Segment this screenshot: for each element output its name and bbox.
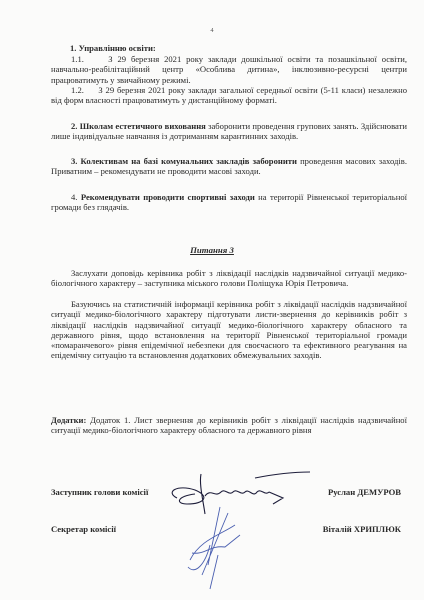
item-1-1: 1.1. З 29 березня 2021 року заклади дошк…: [51, 54, 407, 85]
item-1-2-text: З 29 березня 2021 року заклади загальної…: [51, 85, 407, 105]
item-1-1-text: З 29 березня 2021 року заклади дошкільно…: [51, 54, 407, 85]
handwritten-signature-blue-icon: [180, 505, 250, 590]
question-3-paragraph-2: Базуючись на статистичній інформації кер…: [51, 299, 407, 361]
section-1-heading: 1. Управлінню освіти:: [70, 43, 424, 53]
section-3: 3. Колективам на базі комунальних заклад…: [51, 156, 407, 177]
section-4-bold: Рекомендувати проводити спортивні заходи: [81, 192, 255, 202]
section-2-bold: 2. Школам естетичного виховання: [71, 121, 206, 131]
page-number: 4: [0, 27, 424, 34]
item-1-2: 1.2. З 29 березня 2021 року заклади зага…: [51, 85, 407, 106]
question-3-title: Питання 3: [0, 245, 424, 255]
attachments-label: Додатки:: [51, 415, 86, 425]
section-2: 2. Школам естетичного виховання заборони…: [51, 121, 407, 142]
signature-name: Віталій ХРИПЛЮК: [323, 524, 401, 534]
item-1-2-number: 1.2.: [71, 85, 84, 95]
attachments-text: Додаток 1. Лист звернення до керівників …: [51, 415, 407, 435]
section-4: 4. Рекомендувати проводити спортивні зах…: [51, 192, 407, 213]
attachments: Додатки: Додаток 1. Лист звернення до ке…: [51, 415, 407, 436]
signature-role: Заступник голови комісії: [51, 487, 148, 497]
question-3-paragraph-1: Заслухати доповідь керівника робіт з лік…: [51, 268, 407, 289]
item-1-1-number: 1.1.: [71, 54, 84, 64]
document-page: 4 1. Управлінню освіти: 1.1. З 29 березн…: [0, 0, 424, 600]
signature-role: Секретар комісії: [51, 524, 116, 534]
signature-name: Руслан ДЕМУРОВ: [328, 487, 401, 497]
section-4-number: 4.: [71, 192, 81, 202]
section-3-bold: 3. Колективам на базі комунальних заклад…: [71, 156, 297, 166]
